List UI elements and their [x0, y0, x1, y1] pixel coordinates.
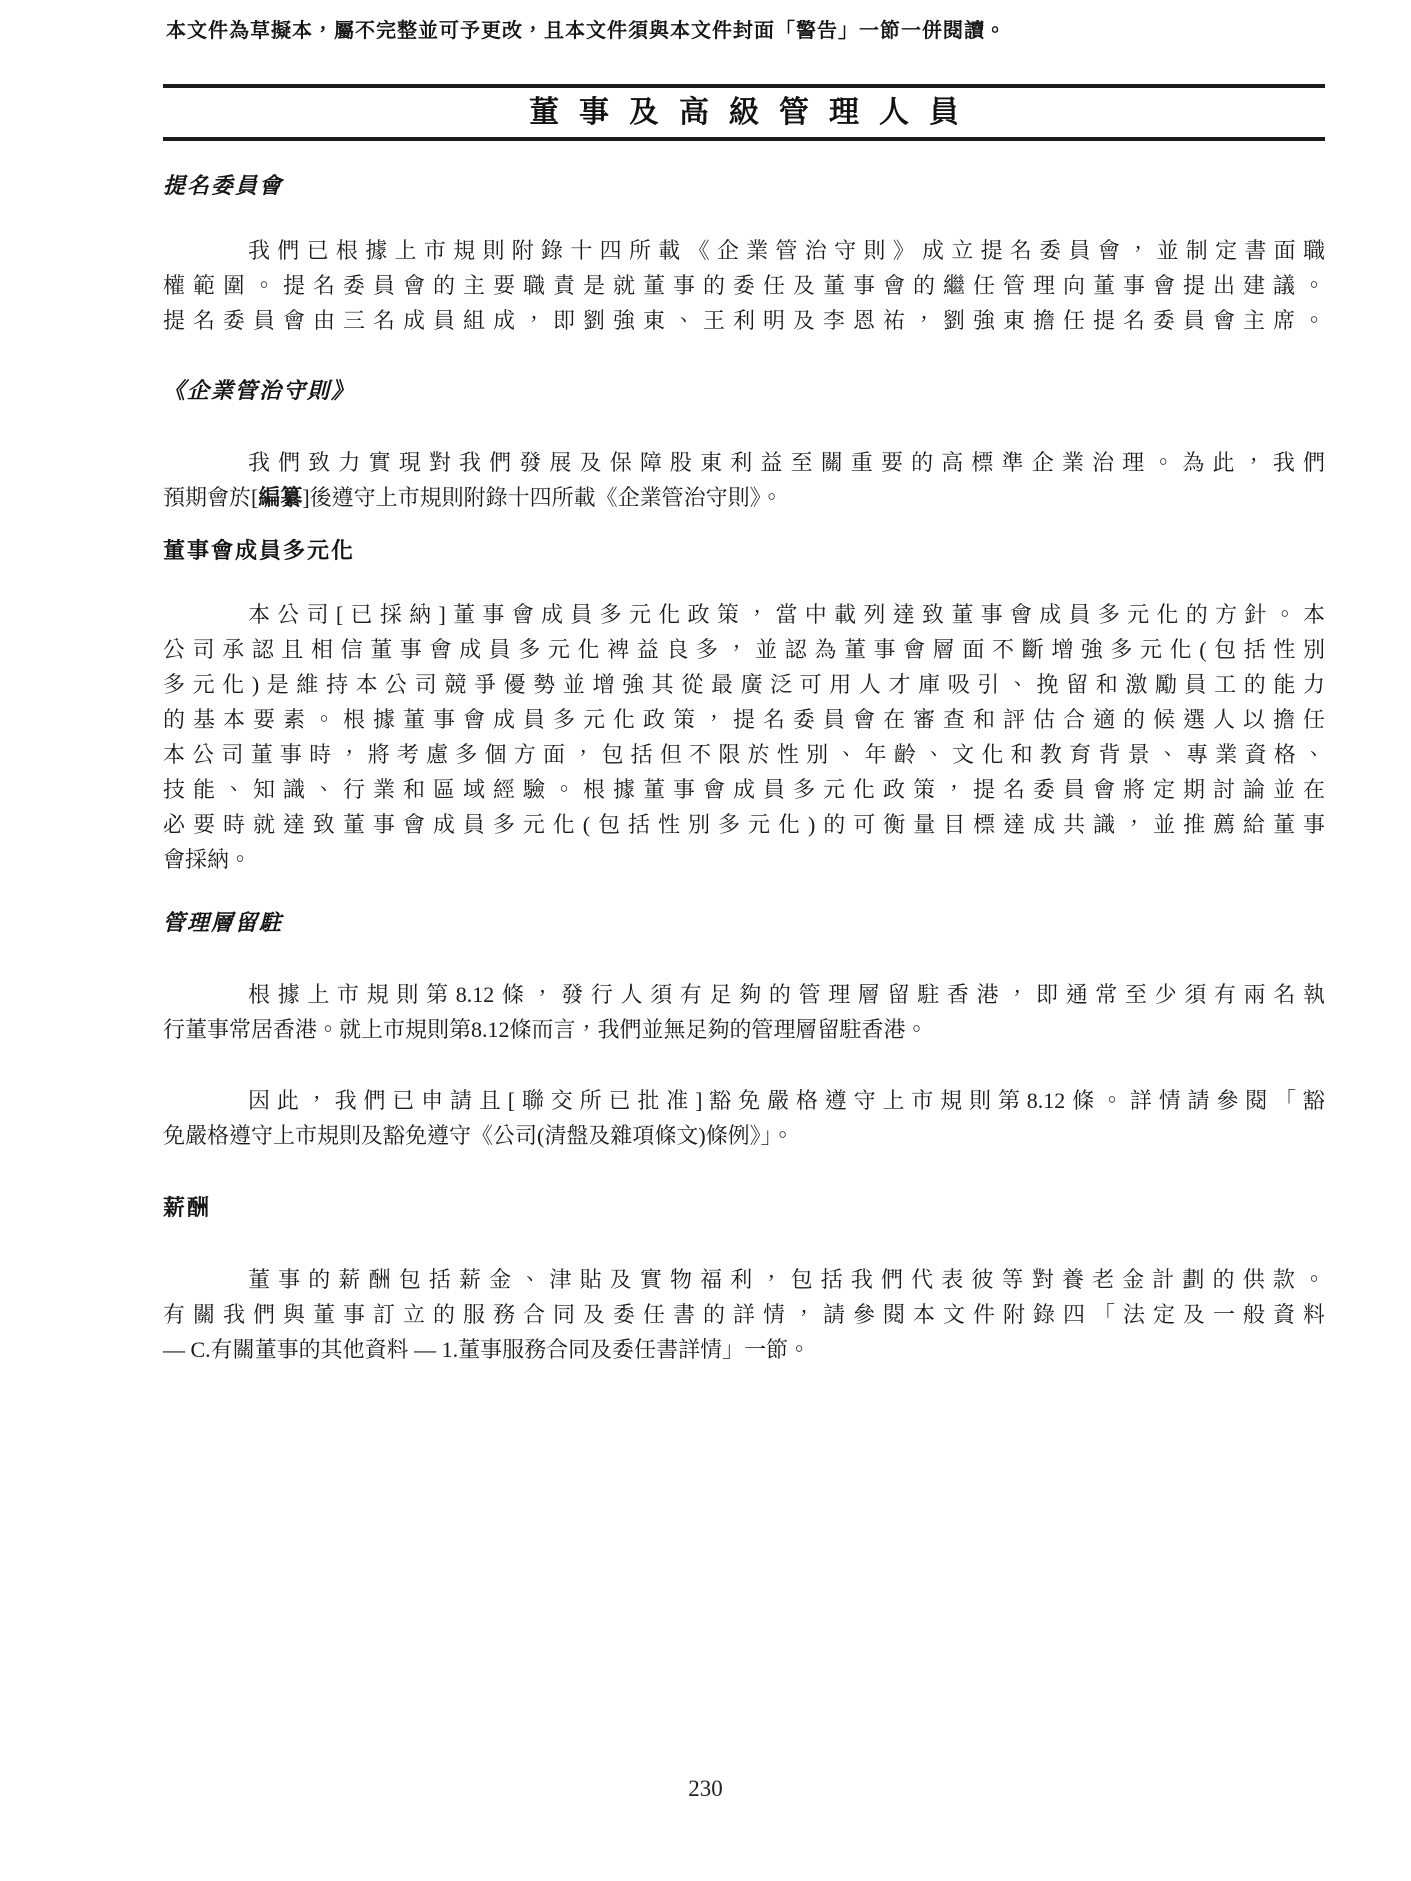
- text-line: 會採納。: [163, 842, 1325, 877]
- text-line: 我們致力實現對我們發展及保障股東利益至關重要的高標準企業治理。為此，我們: [163, 445, 1325, 480]
- paragraph: 根據上市規則第8.12條，發行人須有足夠的管理層留駐香港，即通常至少須有兩名執行…: [163, 977, 1325, 1047]
- text-line: 有關我們與董事訂立的服務合同及委任書的詳情，請參閱本文件附錄四「法定及一般資料: [163, 1297, 1325, 1332]
- text-line: 預期會於[編纂]後遵守上市規則附錄十四所載《企業管治守則》。: [163, 480, 1325, 515]
- text-line: 提名委員會由三名成員組成，即劉強東、王利明及李恩祐，劉強東擔任提名委員會主席。: [163, 303, 1325, 338]
- paragraph: 因此，我們已申請且[聯交所已批准]豁免嚴格遵守上市規則第8.12條。詳情請參閱「…: [163, 1083, 1325, 1153]
- section-heading-management-presence: 管理層留駐: [163, 906, 283, 940]
- paragraph: 董事的薪酬包括薪金、津貼及實物福利，包括我們代表彼等對養老金計劃的供款。有關我們…: [163, 1262, 1325, 1367]
- text-line: 技能、知識、行業和區域經驗。根據董事會成員多元化政策，提名委員會將定期討論並在: [163, 772, 1325, 807]
- text-line: 多元化)是維持本公司競爭優勢並增強其從最廣泛可用人才庫吸引、挽留和激勵員工的能力: [163, 667, 1325, 702]
- text-line: 我們已根據上市規則附錄十四所載《企業管治守則》成立提名委員會，並制定書面職: [163, 233, 1325, 268]
- document-page: 本文件為草擬本，屬不完整並可予更改，且本文件須與本文件封面「警告」一節一併閱讀。…: [0, 0, 1411, 1881]
- section-heading-nomination-committee: 提名委員會: [163, 169, 283, 203]
- section-heading-cg-code: 《企業管治守則》: [163, 374, 355, 408]
- text-line: 因此，我們已申請且[聯交所已批准]豁免嚴格遵守上市規則第8.12條。詳情請參閱「…: [163, 1083, 1325, 1118]
- text-line: 本公司董事時，將考慮多個方面，包括但不限於性別、年齡、文化和教育背景、專業資格、: [163, 737, 1325, 772]
- text-line: 行董事常居香港。就上市規則第8.12條而言，我們並無足夠的管理層留駐香港。: [163, 1012, 1325, 1047]
- section-heading-remuneration: 薪酬: [163, 1191, 211, 1225]
- text-line: 根據上市規則第8.12條，發行人須有足夠的管理層留駐香港，即通常至少須有兩名執: [163, 977, 1325, 1012]
- draft-disclaimer: 本文件為草擬本，屬不完整並可予更改，且本文件須與本文件封面「警告」一節一併閱讀。: [166, 14, 1006, 43]
- text-line: 權範圍。提名委員會的主要職責是就董事的委任及董事會的繼任管理向董事會提出建議。: [163, 268, 1325, 303]
- paragraph: 我們已根據上市規則附錄十四所載《企業管治守則》成立提名委員會，並制定書面職權範圍…: [163, 233, 1325, 338]
- text-line: 必要時就達致董事會成員多元化(包括性別多元化)的可衡量目標達成共識，並推薦給董事: [163, 807, 1325, 842]
- text-line: 的基本要素。根據董事會成員多元化政策，提名委員會在審查和評估合適的候選人以擔任: [163, 702, 1325, 737]
- text-line: 公司承認且相信董事會成員多元化裨益良多，並認為董事會層面不斷增強多元化(包括性別: [163, 632, 1325, 667]
- page-title: 董事及高級管理人員: [163, 88, 1325, 137]
- text-line: — C.有關董事的其他資料 — 1.董事服務合同及委任書詳情」一節。: [163, 1332, 1325, 1367]
- page-number: 230: [0, 1776, 1411, 1802]
- section-heading-board-diversity: 董事會成員多元化: [163, 534, 355, 568]
- paragraph: 我們致力實現對我們發展及保障股東利益至關重要的高標準企業治理。為此，我們預期會於…: [163, 445, 1325, 515]
- title-rule-bottom: [163, 137, 1325, 141]
- paragraph: 本公司[已採納]董事會成員多元化政策，當中載列達致董事會成員多元化的方針。本公司…: [163, 597, 1325, 877]
- text-line: 本公司[已採納]董事會成員多元化政策，當中載列達致董事會成員多元化的方針。本: [163, 597, 1325, 632]
- text-line: 董事的薪酬包括薪金、津貼及實物福利，包括我們代表彼等對養老金計劃的供款。: [163, 1262, 1325, 1297]
- text-line: 免嚴格遵守上市規則及豁免遵守《公司(清盤及雜項條文)條例》」。: [163, 1118, 1325, 1153]
